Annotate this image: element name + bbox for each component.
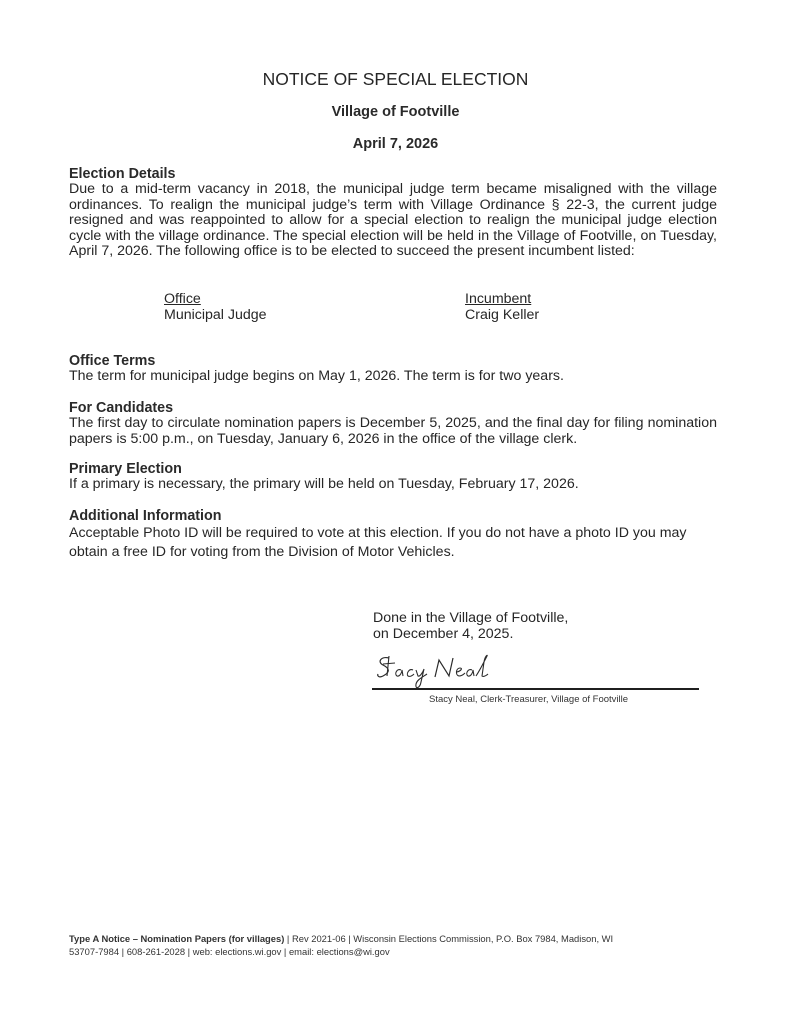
- office-column-header: Office: [164, 292, 267, 308]
- footer-form-name: Type A Notice – Nomination Papers (for v…: [69, 933, 284, 944]
- section-body: The first day to circulate nomination pa…: [69, 416, 717, 447]
- section-office-terms: Office Terms The term for municipal judg…: [69, 353, 717, 385]
- section-body: The term for municipal judge begins on M…: [69, 369, 717, 385]
- office-cell: Municipal Judge: [164, 308, 267, 324]
- section-body: Due to a mid-term vacancy in 2018, the m…: [69, 182, 717, 260]
- incumbent-cell: Craig Keller: [465, 308, 539, 324]
- section-body: If a primary is necessary, the primary w…: [69, 477, 717, 493]
- handwritten-signature-icon: [375, 650, 505, 692]
- section-heading: Election Details: [69, 166, 717, 182]
- section-primary-election: Primary Election If a primary is necessa…: [69, 461, 717, 493]
- signoff-block: Done in the Village of Footville, on Dec…: [373, 610, 568, 642]
- section-heading: Additional Information: [69, 508, 717, 524]
- election-date: April 7, 2026: [0, 136, 791, 152]
- page-footer: Type A Notice – Nomination Papers (for v…: [69, 933, 629, 958]
- village-name: Village of Footville: [0, 104, 791, 120]
- section-for-candidates: For Candidates The first day to circulat…: [69, 400, 717, 447]
- section-body: Acceptable Photo ID will be required to …: [69, 524, 717, 562]
- signoff-line-1: Done in the Village of Footville,: [373, 610, 568, 626]
- signature-line: [372, 688, 699, 690]
- section-heading: Primary Election: [69, 461, 717, 477]
- incumbent-column-header: Incumbent: [465, 292, 539, 308]
- incumbent-column: Incumbent Craig Keller: [465, 292, 539, 323]
- signoff-line-2: on December 4, 2025.: [373, 626, 568, 642]
- section-additional-information: Additional Information Acceptable Photo …: [69, 508, 717, 562]
- office-column: Office Municipal Judge: [164, 292, 267, 323]
- signature-caption: Stacy Neal, Clerk-Treasurer, Village of …: [429, 694, 628, 705]
- section-election-details: Election Details Due to a mid-term vacan…: [69, 166, 717, 260]
- notice-title: NOTICE OF SPECIAL ELECTION: [0, 69, 791, 90]
- section-heading: For Candidates: [69, 400, 717, 416]
- notice-page: NOTICE OF SPECIAL ELECTION Village of Fo…: [0, 0, 791, 1024]
- section-heading: Office Terms: [69, 353, 717, 369]
